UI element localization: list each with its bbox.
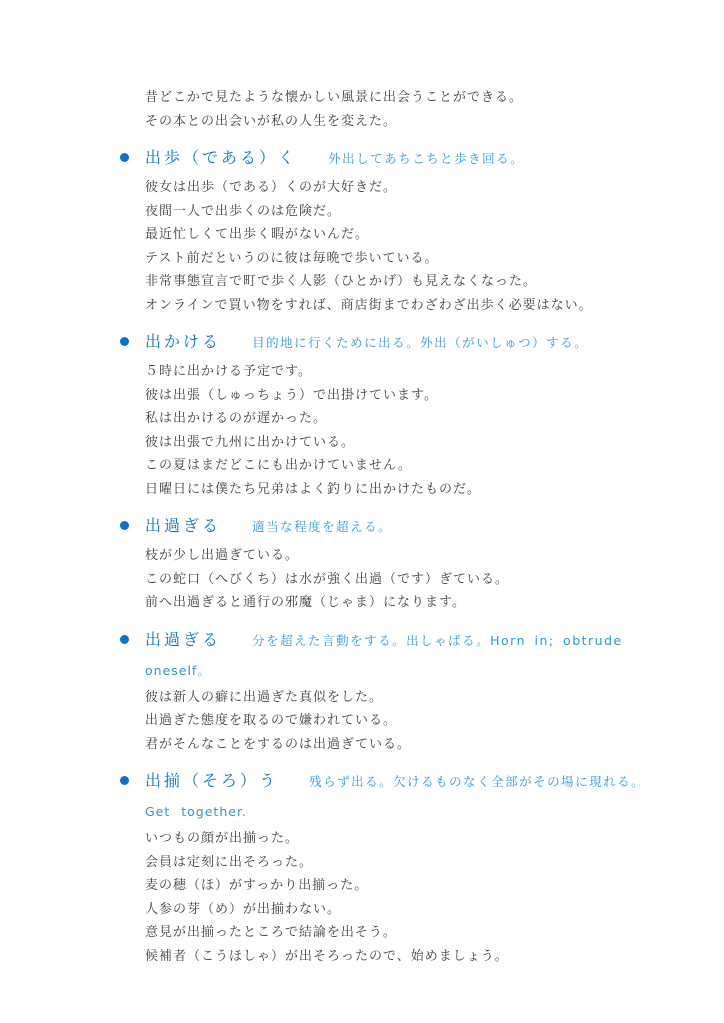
entry-definition: 残らず出る。欠けるものなく全部がその場に現れる。 [309,774,645,789]
example-sentence: 最近忙しくて出歩く暇がないんだ。 [145,223,684,247]
list-bullet-icon [120,635,129,644]
entry-desorou: 出揃（そろ）う 残らず出る。欠けるものなく全部がその場に現れる。 Get tog… [145,765,684,968]
entry-term: 出過ぎる [145,630,221,649]
entry-definition-continued: Get together. [145,799,684,825]
list-bullet-icon [120,337,129,346]
example-list: いつもの顔が出揃った。 会員は定刻に出そろった。 麦の穂（ほ）がすっかり出揃った… [145,827,684,968]
entry-heading: 出かける 目的地に行くために出る。外出（がいしゅつ）する。 [145,326,684,358]
list-bullet-icon [120,153,129,162]
example-sentence: この蛇口（へびくち）は水が強く出過（です）ぎている。 [145,568,684,592]
example-sentence: ５時に出かける予定です。 [145,360,684,384]
entry-term: 出揃（そろ）う [145,771,278,790]
entry-heading: 出歩（である）く 外出してあちこちと歩き回る。 [145,142,684,174]
example-list: 枝が少し出過ぎている。 この蛇口（へびくち）は水が強く出過（です）ぎている。 前… [145,544,684,615]
entry-heading: 出過ぎる 適当な程度を超える。 [145,510,684,542]
example-sentence: 彼は出張で九州に出かけている。 [145,431,684,455]
example-sentence: この夏はまだどこにも出かけていません。 [145,454,684,478]
entry-desugiru-2: 出過ぎる 分を超えた言動をする。出しゃばる。Horn in; obtrude o… [145,624,684,757]
example-sentence: 意見が出揃ったところで結論を出そう。 [145,921,684,945]
example-sentence: 枝が少し出過ぎている。 [145,544,684,568]
example-list: 彼は新人の癖に出過ぎた真似をした。 出過ぎた態度を取るので嫌われている。 君がそ… [145,686,684,757]
intro-line: その本との出会いが私の人生を変えた。 [145,110,684,134]
example-sentence: 彼は新人の癖に出過ぎた真似をした。 [145,686,684,710]
entry-heading: 出揃（そろ）う 残らず出る。欠けるものなく全部がその場に現れる。 Get tog… [145,765,684,825]
example-sentence: 私は出かけるのが遅かった。 [145,407,684,431]
example-sentence: 日曜日には僕たち兄弟はよく釣りに出かけたものだ。 [145,478,684,502]
example-sentence: 彼は出張（しゅっちょう）で出掛けています。 [145,384,684,408]
entry-definition: 外出してあちこちと歩き回る。 [328,151,524,166]
example-sentence: テスト前だというのに彼は毎晩で歩いている。 [145,247,684,271]
example-list: 彼女は出歩（である）くのが大好きだ。 夜間一人で出歩くのは危険だ。 最近忙しくて… [145,176,684,317]
entry-dearuku: 出歩（である）く 外出してあちこちと歩き回る。 彼女は出歩（である）くのが大好き… [145,142,684,317]
example-sentence: 会員は定刻に出そろった。 [145,851,684,875]
entry-definition-continued: oneself。 [145,658,684,684]
example-sentence: 麦の穂（ほ）がすっかり出揃った。 [145,874,684,898]
entry-dekakeru: 出かける 目的地に行くために出る。外出（がいしゅつ）する。 ５時に出かける予定で… [145,326,684,501]
entry-term: 出歩（である）く [145,148,297,167]
entry-definition: 適当な程度を超える。 [252,519,392,534]
intro-paragraph: 昔どこかで見たような懐かしい風景に出会うことができる。 その本との出会いが私の人… [145,86,684,133]
example-sentence: 出過ぎた態度を取るので嫌われている。 [145,709,684,733]
entry-term: 出過ぎる [145,516,221,535]
example-sentence: 非常事態宣言で町で歩く人影（ひとかげ）も見えなくなった。 [145,270,684,294]
entry-desugiru-1: 出過ぎる 適当な程度を超える。 枝が少し出過ぎている。 この蛇口（へびくち）は水… [145,510,684,615]
list-bullet-icon [120,776,129,785]
document-page: 昔どこかで見たような懐かしい風景に出会うことができる。 その本との出会いが私の人… [0,0,724,1023]
example-sentence: 君がそんなことをするのは出過ぎている。 [145,733,684,757]
example-sentence: 彼女は出歩（である）くのが大好きだ。 [145,176,684,200]
entry-definition: 分を超えた言動をする。出しゃばる。Horn in; obtrude [252,633,623,648]
example-sentence: オンラインで買い物をすれば、商店街までわざわざ出歩く必要はない。 [145,294,684,318]
example-sentence: 候補者（こうほしゃ）が出そろったので、始めましょう。 [145,945,684,969]
example-sentence: 前へ出過ぎると通行の邪魔（じゃま）になります。 [145,591,684,615]
example-sentence: 夜間一人で出歩くのは危険だ。 [145,200,684,224]
entry-definition: 目的地に行くために出る。外出（がいしゅつ）する。 [252,335,588,350]
example-sentence: いつもの顔が出揃った。 [145,827,684,851]
intro-line: 昔どこかで見たような懐かしい風景に出会うことができる。 [145,86,684,110]
list-bullet-icon [120,521,129,530]
example-list: ５時に出かける予定です。 彼は出張（しゅっちょう）で出掛けています。 私は出かけ… [145,360,684,501]
example-sentence: 人参の芽（め）が出揃わない。 [145,898,684,922]
entry-heading: 出過ぎる 分を超えた言動をする。出しゃばる。Horn in; obtrude o… [145,624,684,684]
entry-term: 出かける [145,332,221,351]
